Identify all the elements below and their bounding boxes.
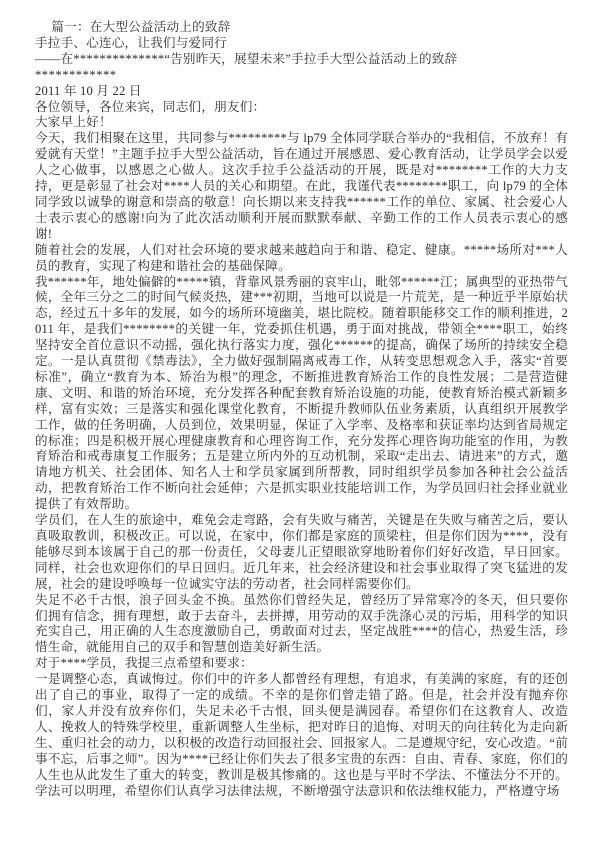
doc-slogan-line: 手拉手、心连心，让我们与爱同行 <box>35 36 568 52</box>
doc-greeting: 大家早上好！ <box>35 115 568 131</box>
document-page: 篇一：在大型公益活动上的致辞 手拉手、心连心，让我们与爱同行 ——在******… <box>0 0 600 849</box>
doc-paragraph-encouragement: 失足不必千古恨，浪子回头金不换。虽然你们曾经失足，曾经历了异常寒冷的冬天，但只要… <box>35 593 568 657</box>
doc-paragraph-three-hopes-intro: 对于****学员，我提三点希望和要求： <box>35 656 568 672</box>
doc-heading-part-label: 篇一：在大型公益活动上的致辞 <box>35 20 568 36</box>
doc-salutation: 各位领导，各位来宾，同志们，朋友们： <box>35 100 568 116</box>
doc-title-line: ——在**************“告别昨天，展望未来”手拉手大型公益活动上的致… <box>35 52 568 68</box>
doc-paragraph-opening: 今天，我们相聚在这里，共同参与*********与 lp79 全体同学联合举办的… <box>35 131 568 242</box>
doc-paragraph-hopes-detail: 一是调整心态，真诚悔过。你们中的许多人都曾经有理想，有追求，有美满的家庭，有的还… <box>35 672 568 799</box>
doc-paragraph-society: 随着社会的发展，人们对社会环境的要求越来越趋向于和谐、稳定、健康。*****场所… <box>35 243 568 275</box>
doc-paragraph-site-history: 我******年，地处偏僻的*****镇，背靠风景秀丽的哀牢山，毗邻******… <box>35 275 568 514</box>
doc-paragraph-students: 学员们，在人生的旅途中，难免会走弯路，会有失败与痛苦，关键是在失败与痛苦之后，要… <box>35 513 568 593</box>
doc-author-placeholder: ************ <box>35 68 568 84</box>
doc-date: 2011 年 10 月 22 日 <box>35 84 568 100</box>
